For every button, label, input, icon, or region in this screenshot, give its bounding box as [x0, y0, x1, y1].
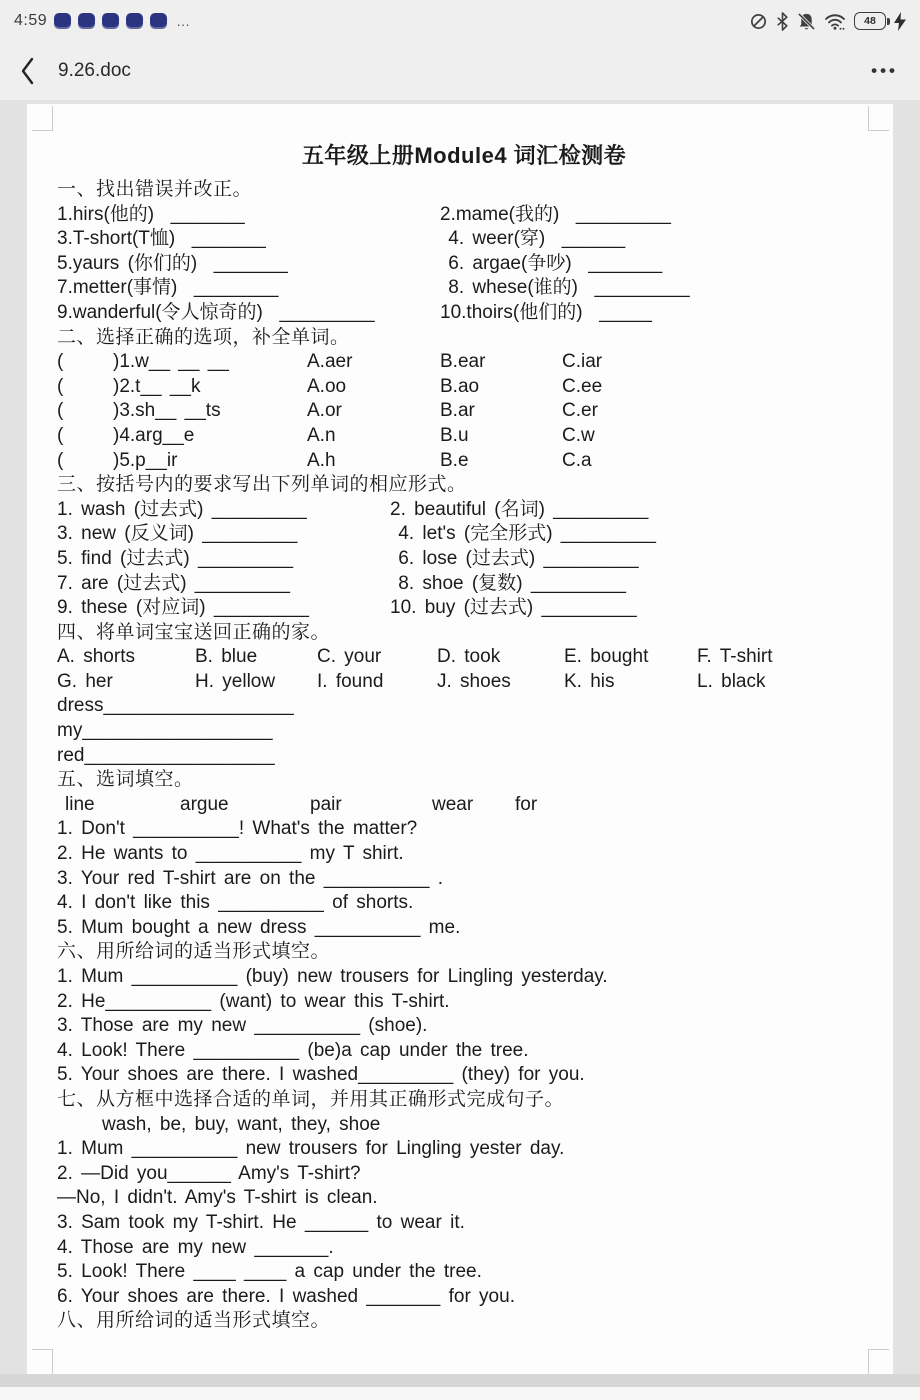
exercise-row: 9. these (对应词) _________10. buy (过去式) __… [57, 596, 871, 621]
page-corner-mark [868, 106, 889, 131]
exercise-item: 10.thoirs(他们的) _____ [440, 301, 652, 326]
option-c: C.w [562, 424, 871, 449]
chevron-left-icon [20, 57, 35, 85]
choice-row: ( )3.sh__ __tsA.orB.arC.er [57, 399, 871, 424]
document-scroll-area[interactable]: 五年级上册Module4 词汇检测卷 一、找出错误并改正。 1.hirs(他的)… [0, 100, 920, 1374]
option-c: C.iar [562, 350, 871, 375]
page-corner-mark [32, 1349, 53, 1374]
document-page: 五年级上册Module4 词汇检测卷 一、找出错误并改正。 1.hirs(他的)… [27, 104, 893, 1374]
exercise-item: —No, I didn't. Amy's T-shirt is clean. [57, 1186, 871, 1211]
exercise-item: 2. —Did you______ Amy's T-shirt? [57, 1162, 871, 1187]
option-b: B.ao [440, 375, 562, 400]
bluetooth-icon [776, 12, 789, 31]
question-stem: ( )5.p__ir [57, 449, 307, 474]
exercise-item: 9. these (对应词) _________ [57, 596, 390, 621]
word-bank-item: L. black [697, 670, 871, 695]
app-notification-icon [54, 13, 71, 29]
app-notification-icon [78, 13, 95, 29]
exercise-item: 2. beautiful (名词) _________ [390, 498, 648, 523]
status-bar-left: 4:59 … [14, 12, 191, 30]
option-b: B.e [440, 449, 562, 474]
exercise-item: 2. He wants to __________ my T shirt. [57, 842, 871, 867]
section-1-header: 一、找出错误并改正。 [57, 178, 871, 203]
option-c: C.ee [562, 375, 871, 400]
battery-icon: 48 [854, 12, 886, 30]
status-bar: 4:59 … 48 [0, 0, 920, 42]
document-toolbar: 9.26.doc ••• [0, 42, 920, 100]
word-bank-line: wash, be, buy, want, they, shoe [57, 1113, 871, 1138]
option-a: A.oo [307, 375, 440, 400]
word-bank-row: A. shortsB. blueC. yourD. tookE. boughtF… [57, 645, 871, 670]
section-7-header: 七、从方框中选择合适的单词，并用其正确形式完成句子。 [57, 1088, 871, 1113]
section-2-header: 二、选择正确的选项，补全单词。 [57, 326, 871, 351]
exercise-item: 5. Look! There ____ ____ a cap under the… [57, 1260, 871, 1285]
word-bank-item: G. her [57, 670, 195, 695]
section-6-header: 六、用所给词的适当形式填空。 [57, 940, 871, 965]
more-menu-button[interactable]: ••• [869, 57, 900, 85]
exercise-row: 1. wash (过去式) _________2. beautiful (名词)… [57, 498, 871, 523]
exercise-item: 7. are (过去式) _________ [57, 572, 390, 597]
choice-row: ( )2.t__ __kA.ooB.aoC.ee [57, 375, 871, 400]
exercise-row: 9.wanderful(令人惊奇的) _________10.thoirs(他们… [57, 301, 871, 326]
section-4-header: 四、将单词宝宝送回正确的家。 [57, 621, 871, 646]
exercise-item: 4. Those are my new _______. [57, 1236, 871, 1261]
back-button[interactable] [20, 54, 50, 88]
exercise-item: 3. Sam took my T-shirt. He ______ to wea… [57, 1211, 871, 1236]
option-b: B.ear [440, 350, 562, 375]
exercise-item: 2.mame(我的) _________ [440, 203, 671, 228]
word-bank-item: K. his [564, 670, 697, 695]
word-bank-item: pair [310, 793, 432, 818]
wifi-icon [824, 12, 846, 31]
choice-row: ( )4.arg__eA.nB.uC.w [57, 424, 871, 449]
exercise-item: 1. Mum __________ new trousers for Lingl… [57, 1137, 871, 1162]
exercise-item: 5. find (过去式) _________ [57, 547, 390, 572]
fill-line: my__________________ [57, 719, 871, 744]
word-bank-item: H. yellow [195, 670, 317, 695]
exercise-row: 3.T-short(T恤) _______ 4. weer(穿) ______ [57, 227, 871, 252]
do-not-disturb-icon [749, 12, 768, 31]
exercise-item: 6. argae(争吵) _______ [440, 252, 662, 277]
word-bank-item: D. took [437, 645, 564, 670]
fill-line: dress__________________ [57, 694, 871, 719]
word-bank-row: G. herH. yellowI. foundJ. shoesK. hisL. … [57, 670, 871, 695]
exercise-item: 1. Don't __________! What's the matter? [57, 817, 871, 842]
option-b: B.u [440, 424, 562, 449]
app-notification-icon [102, 13, 119, 29]
word-bank-item: B. blue [195, 645, 317, 670]
document-title: 9.26.doc [58, 60, 869, 82]
word-bank-item: A. shorts [57, 645, 195, 670]
clock: 4:59 [14, 12, 47, 30]
exercise-item: 4. Look! There __________ (be)a cap unde… [57, 1039, 871, 1064]
page-separator [0, 1374, 920, 1387]
exercise-item: 1. wash (过去式) _________ [57, 498, 390, 523]
exercise-item: 3.T-short(T恤) _______ [57, 227, 440, 252]
exercise-row: 1.hirs(他的) _______2.mame(我的) _________ [57, 203, 871, 228]
exercise-item: 5. Your shoes are there. I washed_______… [57, 1063, 871, 1088]
exercise-row: 5.yaurs (你们的) _______ 6. argae(争吵) _____… [57, 252, 871, 277]
question-stem: ( )4.arg__e [57, 424, 307, 449]
word-bank-row: linearguepairwearfor [65, 793, 871, 818]
page-corner-mark [868, 1349, 889, 1374]
exercise-item: 5. Mum bought a new dress __________ me. [57, 916, 871, 941]
option-a: A.h [307, 449, 440, 474]
word-bank-item: F. T-shirt [697, 645, 871, 670]
exercise-item: 2. He__________ (want) to wear this T-sh… [57, 990, 871, 1015]
fill-line: red__________________ [57, 744, 871, 769]
word-bank-item: I. found [317, 670, 437, 695]
exercise-item: 9.wanderful(令人惊奇的) _________ [57, 301, 440, 326]
exercise-item: 4. I don't like this __________ of short… [57, 891, 871, 916]
choice-row: ( )1.w__ __ __A.aerB.earC.iar [57, 350, 871, 375]
exercise-row: 7. are (过去式) _________ 8. shoe (复数) ____… [57, 572, 871, 597]
option-a: A.aer [307, 350, 440, 375]
word-bank-item: line [65, 793, 180, 818]
page-corner-mark [32, 106, 53, 131]
option-c: C.er [562, 399, 871, 424]
choice-row: ( )5.p__irA.hB.eC.a [57, 449, 871, 474]
option-b: B.ar [440, 399, 562, 424]
section-8-header: 八、用所给词的适当形式填空。 [57, 1309, 871, 1334]
notification-overflow-icon: … [176, 13, 191, 29]
app-notification-icon [150, 13, 167, 29]
worksheet-title: 五年级上册Module4 词汇检测卷 [57, 142, 871, 170]
word-bank-item: E. bought [564, 645, 697, 670]
phone-screen: 4:59 … 48 [0, 0, 920, 1400]
exercise-item: 7.metter(事情) ________ [57, 276, 440, 301]
exercise-item: 4. weer(穿) ______ [440, 227, 625, 252]
exercise-item: 6. lose (过去式) _________ [390, 547, 639, 572]
exercise-item: 4. let's (完全形式) _________ [390, 522, 656, 547]
option-c: C.a [562, 449, 871, 474]
section-5-header: 五、选词填空。 [57, 768, 871, 793]
option-a: A.n [307, 424, 440, 449]
exercise-item: 6. Your shoes are there. I washed ______… [57, 1285, 871, 1310]
status-bar-right: 48 [749, 12, 906, 31]
word-bank-item: J. shoes [437, 670, 564, 695]
question-stem: ( )3.sh__ __ts [57, 399, 307, 424]
exercise-item: 8. whese(谁的) _________ [440, 276, 690, 301]
exercise-item: 1.hirs(他的) _______ [57, 203, 440, 228]
word-bank-item: for [515, 793, 871, 818]
exercise-row: 5. find (过去式) _________ 6. lose (过去式) __… [57, 547, 871, 572]
charging-icon [894, 12, 906, 31]
word-bank-item: argue [180, 793, 310, 818]
word-bank-item: C. your [317, 645, 437, 670]
battery-level: 48 [864, 15, 876, 27]
section-3-header: 三、按括号内的要求写出下列单词的相应形式。 [57, 473, 871, 498]
exercise-item: 8. shoe (复数) _________ [390, 572, 626, 597]
exercise-item: 10. buy (过去式) _________ [390, 596, 637, 621]
mute-icon [797, 12, 816, 31]
exercise-item: 3. Your red T-shirt are on the _________… [57, 867, 871, 892]
exercise-item: 5.yaurs (你们的) _______ [57, 252, 440, 277]
exercise-row: 7.metter(事情) ________ 8. whese(谁的) _____… [57, 276, 871, 301]
exercise-item: 3. Those are my new __________ (shoe). [57, 1014, 871, 1039]
option-a: A.or [307, 399, 440, 424]
word-bank-item: wear [432, 793, 515, 818]
question-stem: ( )1.w__ __ __ [57, 350, 307, 375]
app-notification-icon [126, 13, 143, 29]
next-page-top [0, 1387, 920, 1400]
exercise-row: 3. new (反义词) _________ 4. let's (完全形式) _… [57, 522, 871, 547]
exercise-item: 3. new (反义词) _________ [57, 522, 390, 547]
question-stem: ( )2.t__ __k [57, 375, 307, 400]
exercise-item: 1. Mum __________ (buy) new trousers for… [57, 965, 871, 990]
